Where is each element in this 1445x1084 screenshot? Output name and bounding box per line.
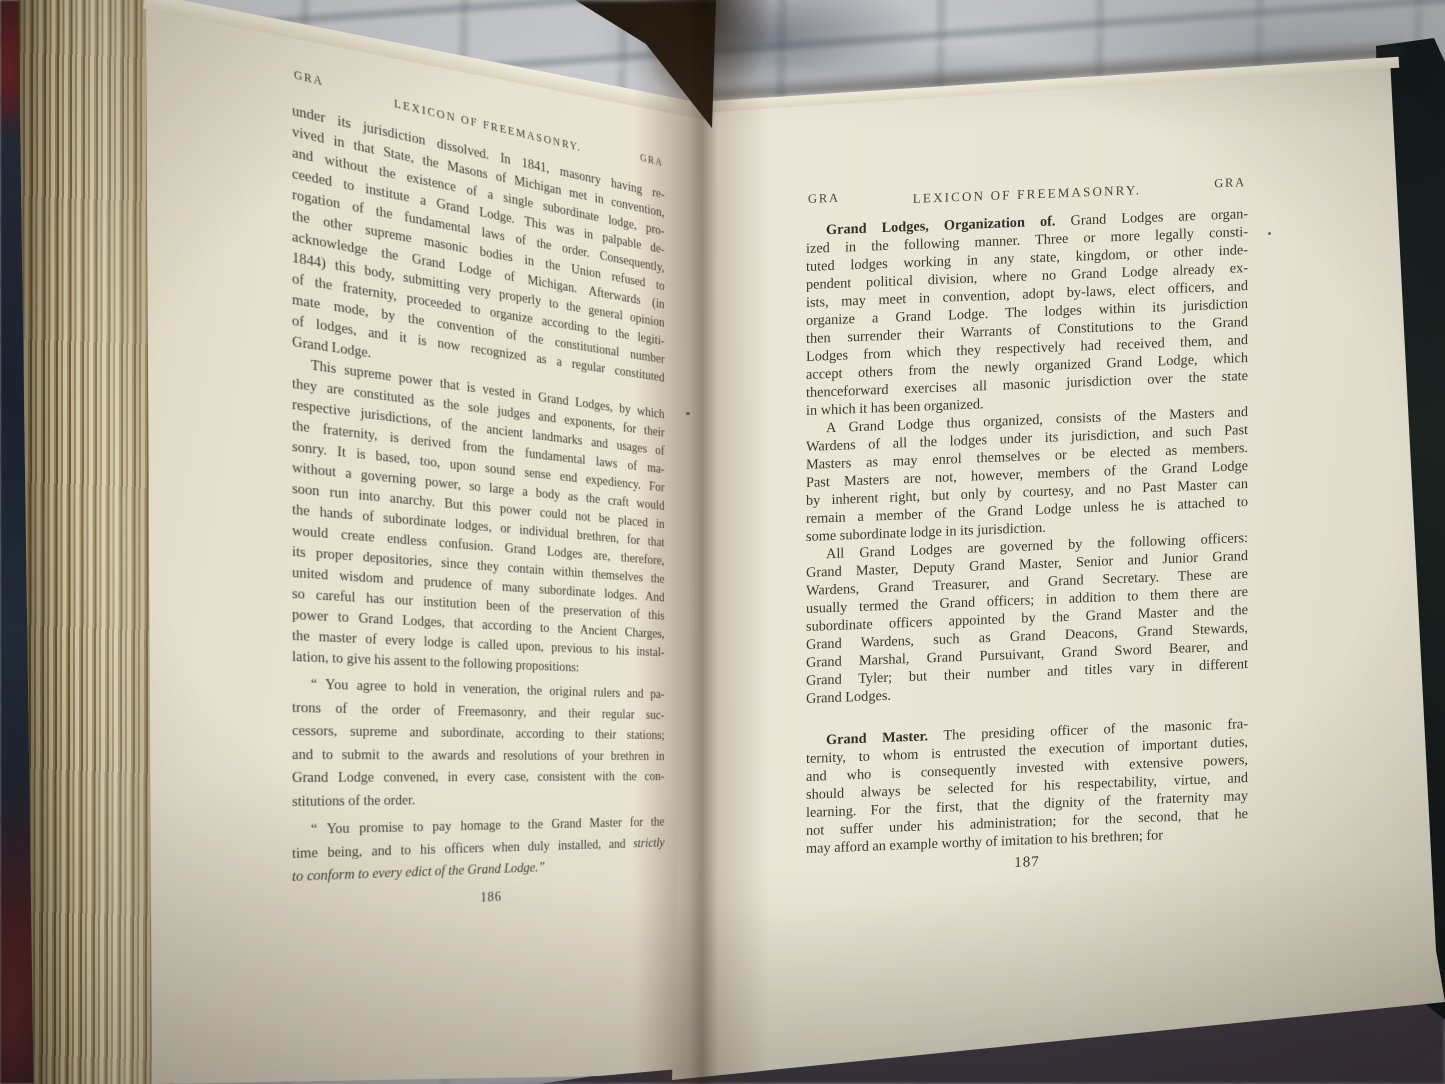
- running-head-right-word: GRA: [1214, 173, 1246, 192]
- text-line: and to submit to the awards and resoluti…: [292, 743, 665, 767]
- paragraph: All Grand Lodges are governed by the fol…: [806, 529, 1248, 708]
- paragraph: “ You promise to pay homage to the Grand…: [292, 812, 665, 889]
- paragraph: “ You agree to hold in veneration, the o…: [292, 672, 665, 813]
- right-page-content: GRA LEXICON OF FREEMASONRY. GRA Grand Lo…: [806, 173, 1248, 880]
- paragraph: This supreme power that is vested in Gra…: [292, 352, 665, 680]
- photo-open-book: GRA LEXICON OF FREEMASONRY. GRA under it…: [0, 0, 1445, 1084]
- paragraph: Grand Lodges, Organization of. Grand Lod…: [806, 205, 1248, 420]
- text-line: stitutions of the order.: [292, 787, 665, 813]
- left-page-content: GRA LEXICON OF FREEMASONRY. GRA under it…: [292, 64, 665, 917]
- paragraph: Grand Master. The presiding officer of t…: [806, 715, 1248, 858]
- right-page-body: Grand Lodges, Organization of. Grand Lod…: [806, 205, 1248, 858]
- left-page-body: under its jurisdiction dissolved. In 184…: [292, 100, 665, 889]
- dust-speck: [686, 412, 690, 415]
- text-line: Grand Lodge convened, in every case, con…: [292, 766, 665, 790]
- dust-speck: [1268, 232, 1271, 235]
- paragraph: A Grand Lodge thus organized, consists o…: [806, 403, 1248, 546]
